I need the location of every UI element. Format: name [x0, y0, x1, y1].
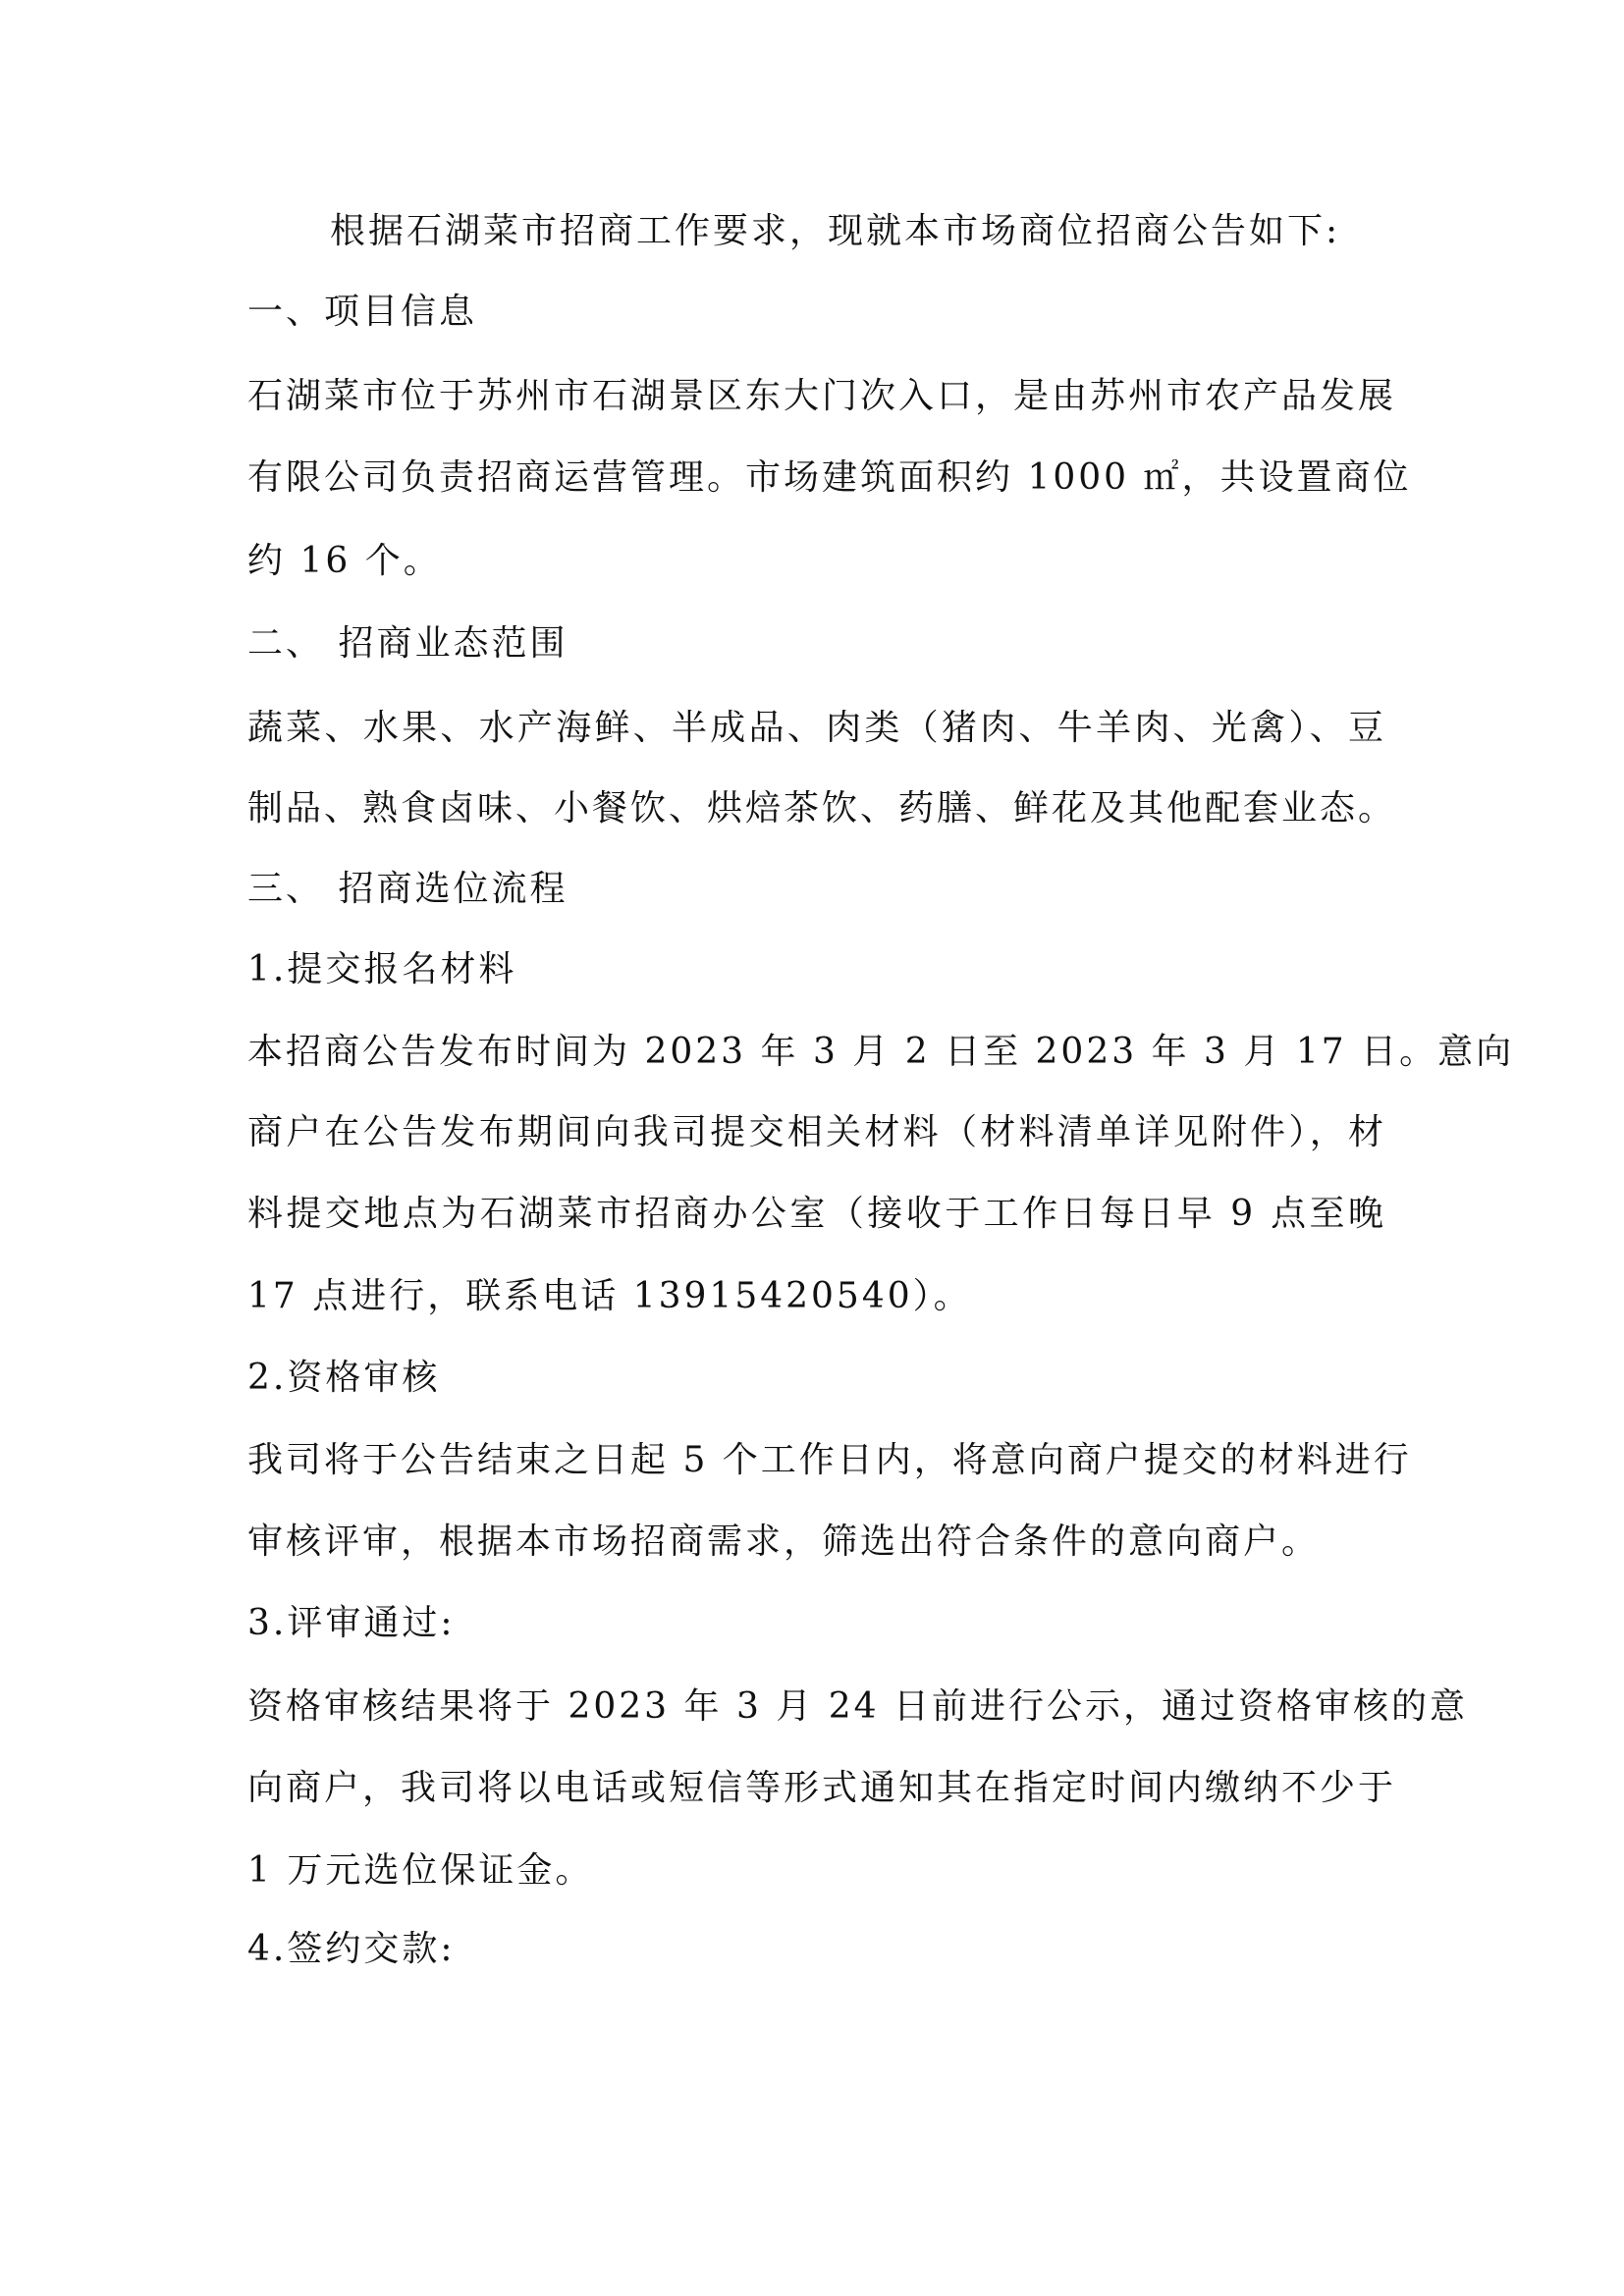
- project-info-line-1: 石湖菜市位于苏州市石湖景区东大门次入口，是由苏州市农产品发展: [247, 375, 1386, 418]
- step-2-line-2: 审核评审，根据本市场招商需求，筛选出符合条件的意向商户。: [247, 1521, 1386, 1564]
- step-3-line-1: 资格审核结果将于 2023 年 3 月 24 日前进行公示，通过资格审核的意: [247, 1685, 1386, 1729]
- step-3-line-3: 1 万元选位保证金。: [247, 1849, 1386, 1893]
- intro-paragraph: 根据石湖菜市招商工作要求，现就本市场商位招商公告如下:: [330, 210, 1386, 253]
- project-info-line-3: 约 16 个。: [247, 540, 1386, 583]
- business-scope-line-1: 蔬菜、水果、水产海鲜、半成品、肉类（猪肉、牛羊肉、光禽）、豆: [247, 707, 1386, 750]
- step-1-line-3: 料提交地点为石湖菜市招商办公室（接收于工作日每日早 9 点至晚: [247, 1193, 1386, 1236]
- step-1-line-4: 17 点进行，联系电话 13915420540）。: [247, 1275, 1386, 1318]
- step-1-line-1: 本招商公告发布时间为 2023 年 3 月 2 日至 2023 年 3 月 17…: [247, 1031, 1386, 1074]
- document-page: 根据石湖菜市招商工作要求，现就本市场商位招商公告如下: 一、项目信息 石湖菜市位…: [247, 0, 1386, 2296]
- step-2-line-1: 我司将于公告结束之日起 5 个工作日内，将意向商户提交的材料进行: [247, 1439, 1386, 1482]
- step-2-title: 2.资格审核: [247, 1357, 1386, 1400]
- step-3-title: 3.评审通过:: [247, 1602, 1386, 1645]
- section-heading-project-info: 一、项目信息: [247, 291, 1386, 334]
- section-heading-selection-process: 三、 招商选位流程: [247, 868, 1386, 911]
- business-scope-line-2: 制品、熟食卤味、小餐饮、烘焙茶饮、药膳、鲜花及其他配套业态。: [247, 787, 1386, 830]
- section-heading-business-scope: 二、 招商业态范围: [247, 622, 1386, 666]
- step-1-title: 1.提交报名材料: [247, 948, 1386, 991]
- step-3-line-2: 向商户，我司将以电话或短信等形式通知其在指定时间内缴纳不少于: [247, 1767, 1386, 1810]
- project-info-line-2: 有限公司负责招商运营管理。市场建筑面积约 1000 ㎡，共设置商位: [247, 456, 1386, 500]
- step-1-line-2: 商户在公告发布期间向我司提交相关材料（材料清单详见附件），材: [247, 1111, 1386, 1154]
- step-4-title: 4.签约交款:: [247, 1928, 1386, 1971]
